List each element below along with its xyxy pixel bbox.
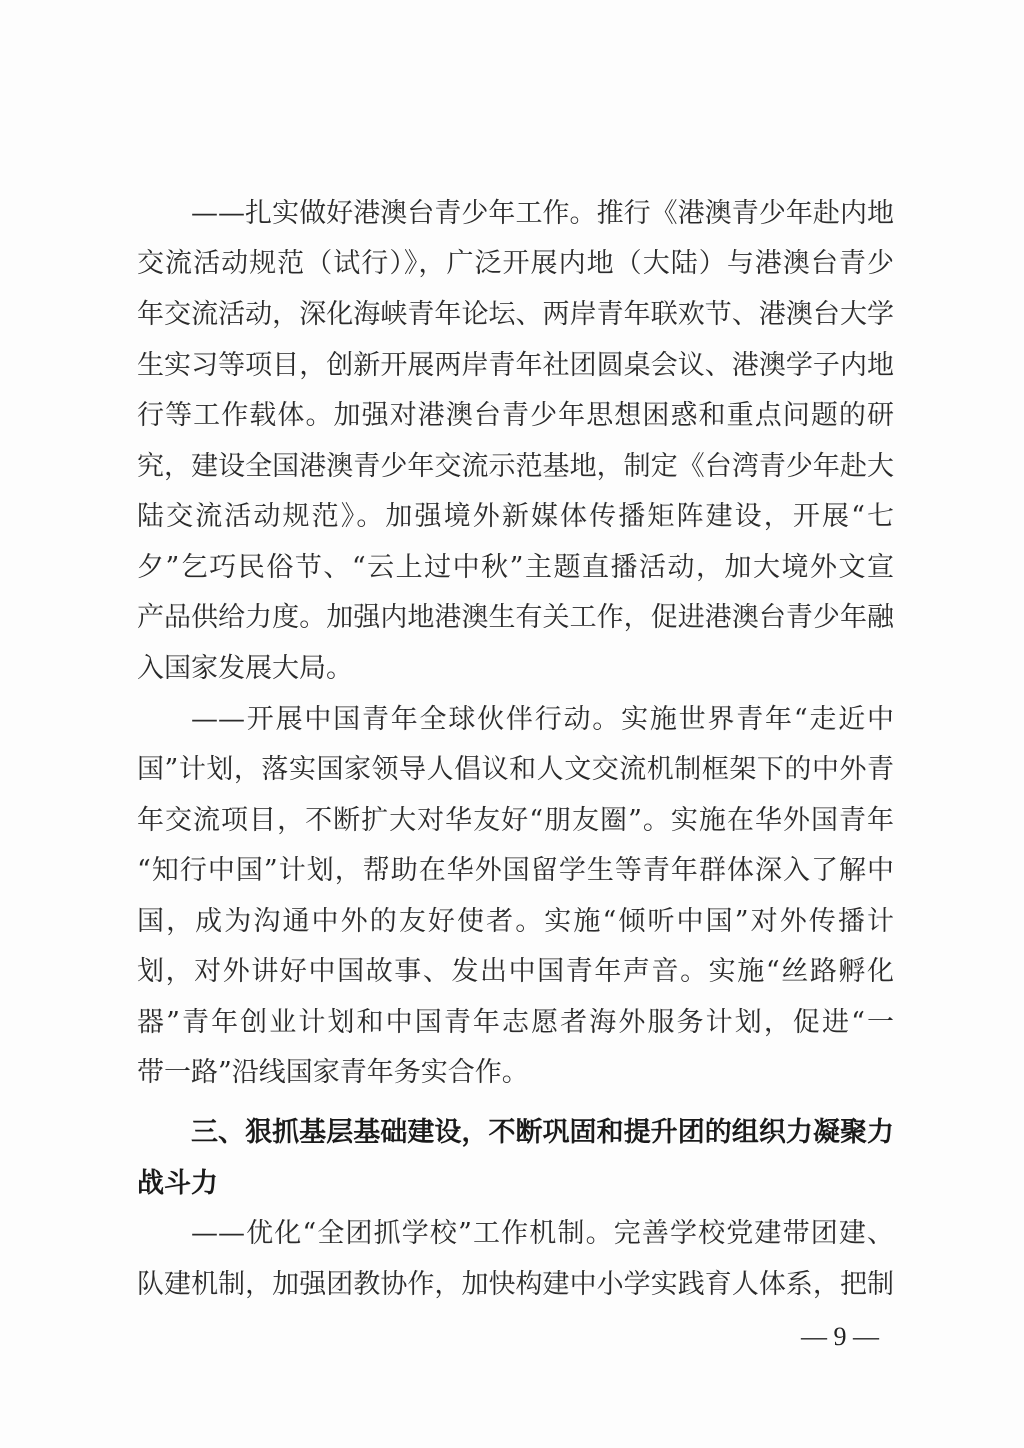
paragraph-1-line-10: 入国家发展大局。 — [137, 649, 894, 689]
paragraph-2-line-2: 国”计划，落实国家领导人倡议和人文交流机制框架下的中外青 — [137, 750, 894, 790]
paragraph-2-line-4: “知行中国”计划，帮助在华外国留学生等青年群体深入了解中 — [137, 851, 894, 891]
document-page: ——扎实做好港澳台青少年工作。推行《港澳青少年赴内地 交流活动规范（试行）》，广… — [0, 0, 1024, 1448]
paragraph-2-line-3: 年交流项目，不断扩大对华友好“朋友圈”。实施在华外国青年 — [137, 801, 894, 841]
paragraph-1-line-1: ——扎实做好港澳台青少年工作。推行《港澳青少年赴内地 — [191, 194, 894, 234]
paragraph-3-line-1: ——优化“全团抓学校”工作机制。完善学校党建带团建、 — [191, 1214, 894, 1254]
paragraph-1-line-3: 年交流活动，深化海峡青年论坛、两岸青年联欢节、港澳台大学 — [137, 295, 894, 335]
paragraph-1-line-5: 行等工作载体。加强对港澳台青少年思想困惑和重点问题的研 — [137, 396, 894, 436]
paragraph-1-line-6: 究，建设全国港澳青少年交流示范基地，制定《台湾青少年赴大 — [137, 447, 894, 487]
paragraph-1-line-4: 生实习等项目，创新开展两岸青年社团圆桌会议、港澳学子内地 — [137, 346, 894, 386]
paragraph-2-line-8: 带一路”沿线国家青年务实合作。 — [137, 1053, 894, 1093]
paragraph-1-line-2: 交流活动规范（试行）》，广泛开展内地（大陆）与港澳台青少 — [137, 244, 894, 284]
paragraph-2-line-6: 划，对外讲好中国故事、发出中国青年声音。实施“丝路孵化 — [137, 952, 894, 992]
section-heading-line-2: 战斗力 — [137, 1164, 894, 1204]
paragraph-1-line-9: 产品供给力度。加强内地港澳生有关工作，促进港澳台青少年融 — [137, 598, 894, 638]
paragraph-3-line-2: 队建机制，加强团教协作，加快构建中小学实践育人体系，把制 — [137, 1265, 894, 1305]
paragraph-2-line-5: 国，成为沟通中外的友好使者。实施“倾听中国”对外传播计 — [137, 902, 894, 942]
paragraph-1-line-7: 陆交流活动规范》。加强境外新媒体传播矩阵建设，开展“七 — [137, 497, 894, 537]
paragraph-2-line-7: 器”青年创业计划和中国青年志愿者海外服务计划，促进“一 — [137, 1003, 894, 1043]
page-number: — 9 — — [790, 1322, 890, 1352]
paragraph-1-line-8: 夕”乞巧民俗节、“云上过中秋”主题直播活动，加大境外文宣 — [137, 548, 894, 588]
section-heading-line-1: 三、狠抓基层基础建设，不断巩固和提升团的组织力凝聚力 — [191, 1113, 894, 1153]
paragraph-2-line-1: ——开展中国青年全球伙伴行动。实施世界青年“走近中 — [191, 700, 894, 740]
